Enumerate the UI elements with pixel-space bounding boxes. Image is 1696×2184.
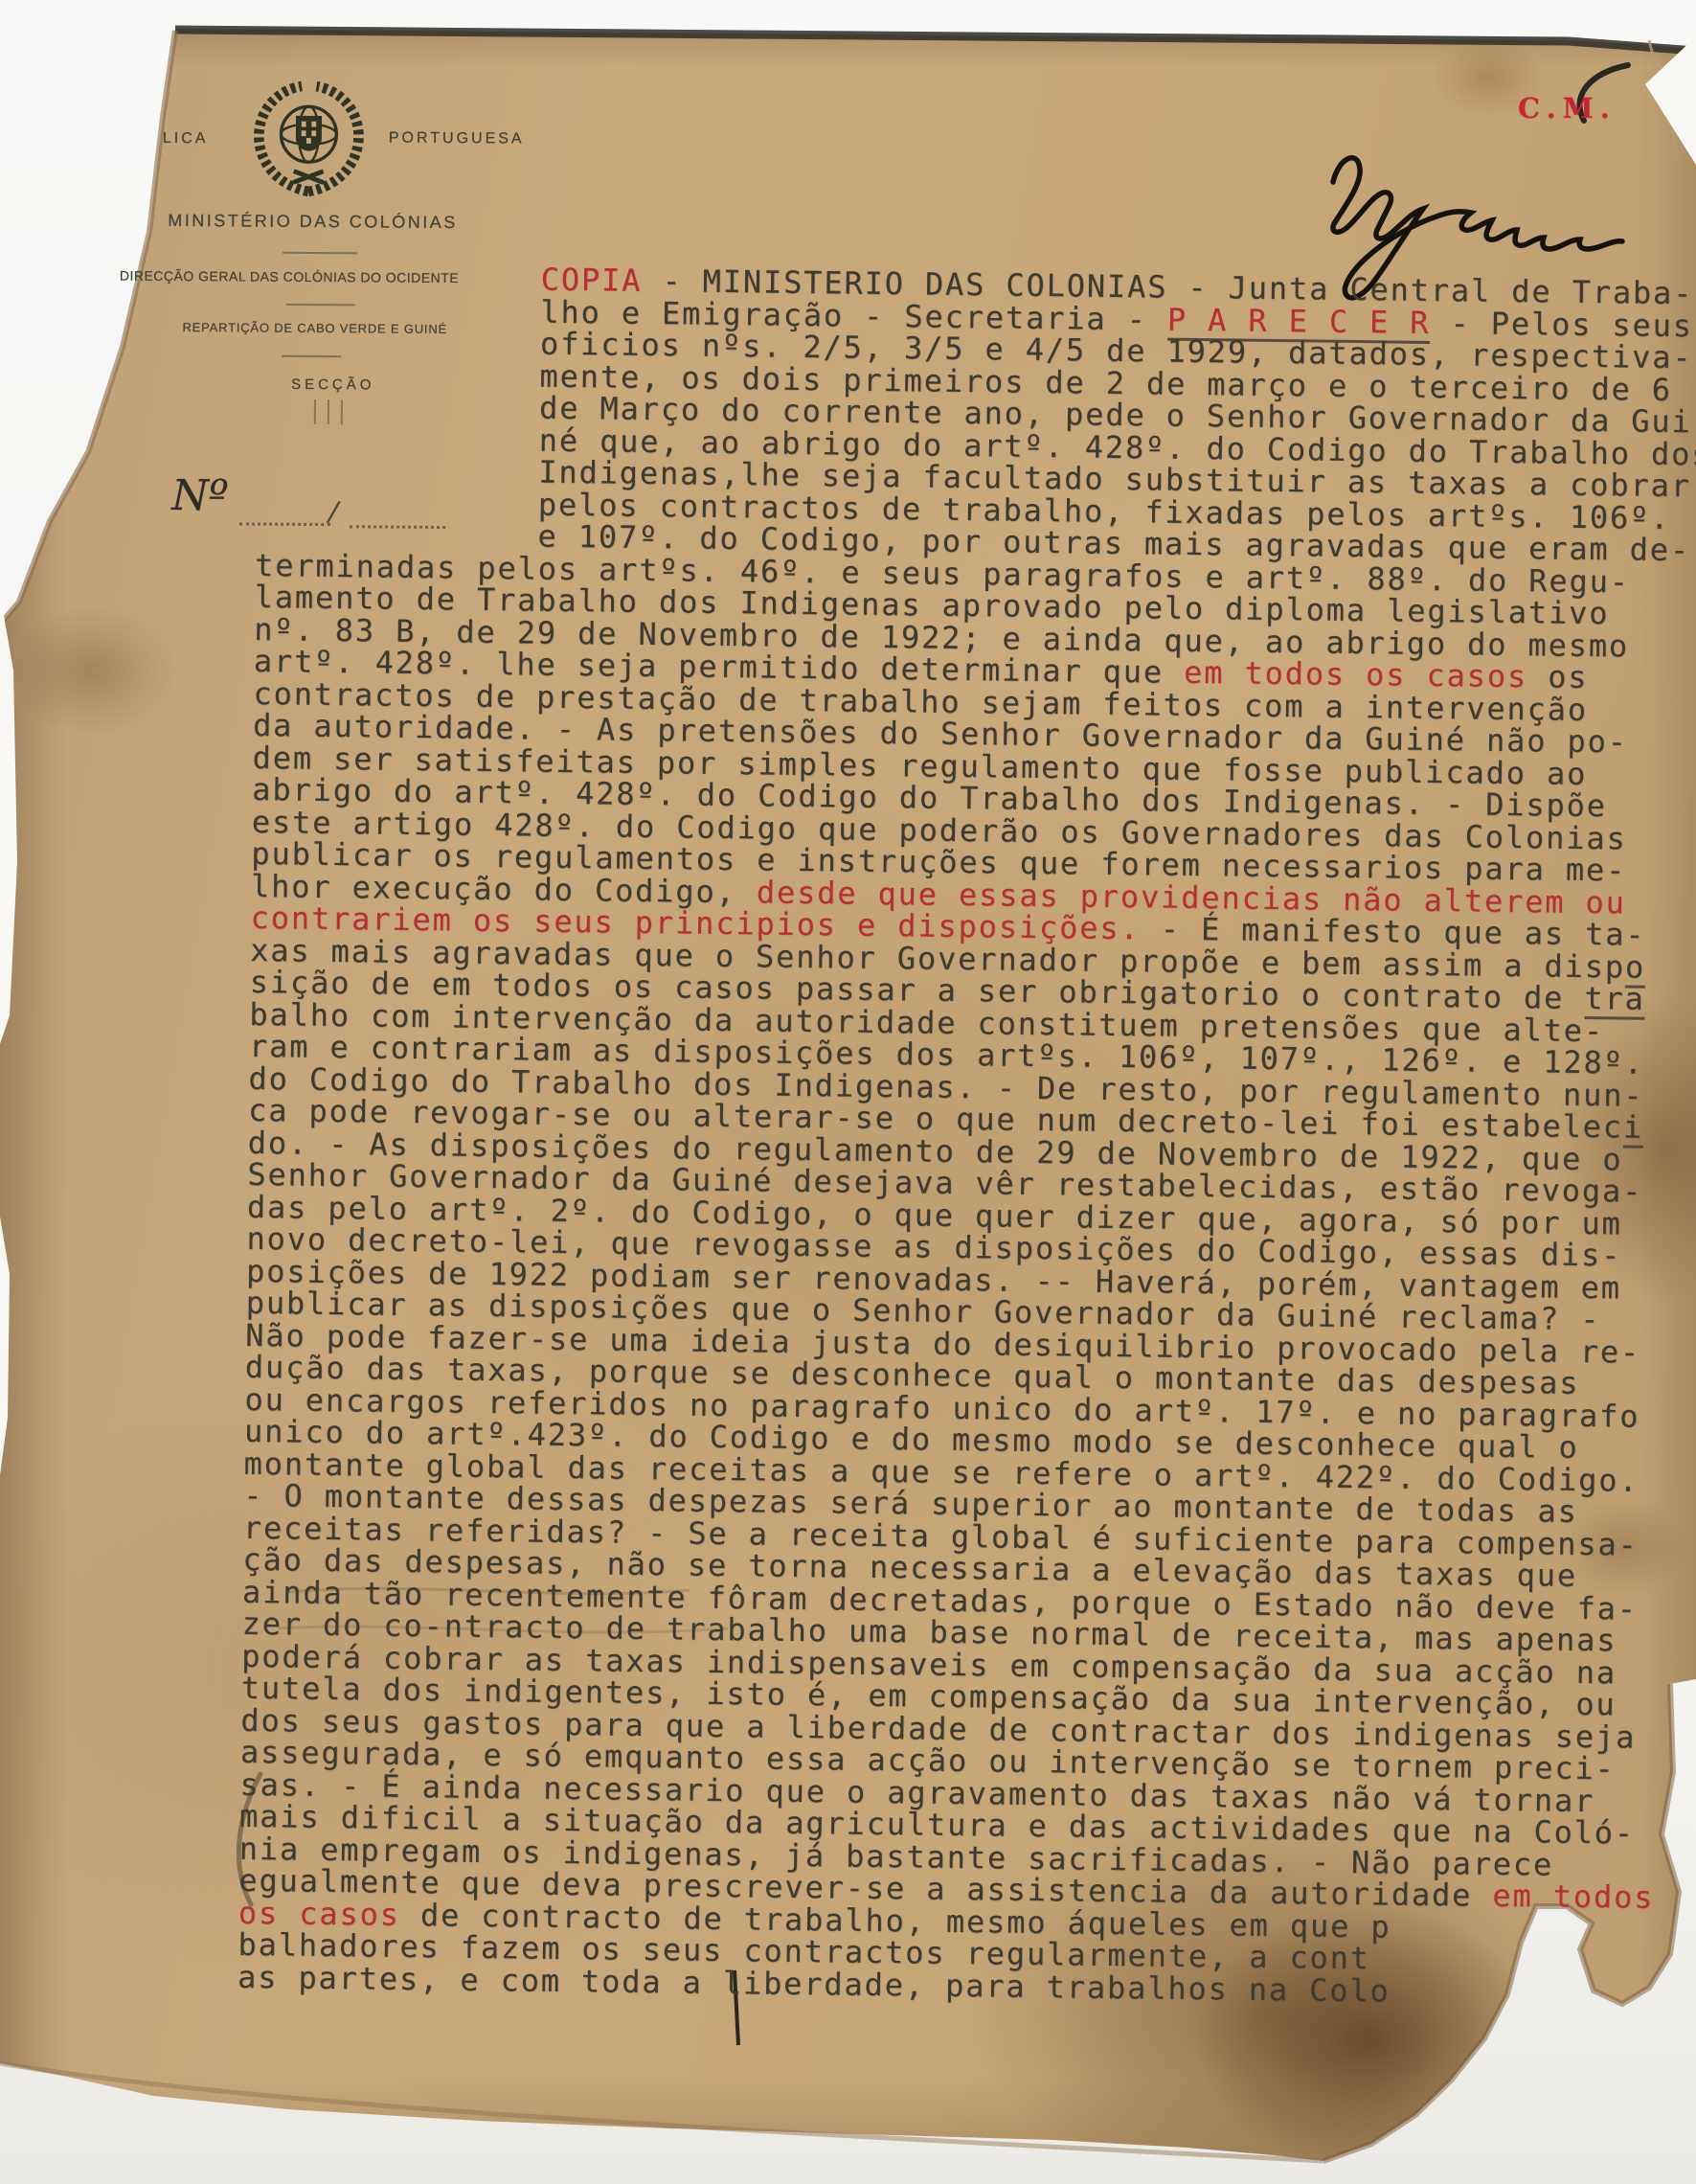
quina — [306, 138, 311, 144]
scanned-document-page: LICA PORTUGUESA MINISTÉRIO DAS COLÓNIAS … — [0, 0, 1696, 2184]
numero-label: Nº — [171, 471, 229, 520]
crossed-stems — [294, 171, 324, 183]
portuguese-republic-emblem — [243, 78, 373, 203]
quina — [302, 122, 306, 127]
ministry-title: MINISTÉRIO DAS COLÓNIAS — [168, 211, 458, 233]
quina — [302, 130, 306, 136]
divider — [283, 252, 357, 255]
paper-bottom-edge — [0, 2063, 1323, 2161]
quina — [311, 122, 316, 127]
quina — [311, 130, 316, 136]
portuguesa-text: PORTUGUESA — [389, 130, 525, 148]
typewritten-text: i — [1623, 1108, 1644, 1148]
red-typewritten-text: em todos — [1492, 1877, 1654, 1916]
body-text: COPIA - MINISTERIO DAS COLONIAS - Junta … — [237, 261, 1685, 2011]
cm-stamp: C.M. — [1518, 92, 1617, 125]
republica-text-fragment: LICA — [163, 130, 209, 148]
shield — [296, 116, 322, 151]
